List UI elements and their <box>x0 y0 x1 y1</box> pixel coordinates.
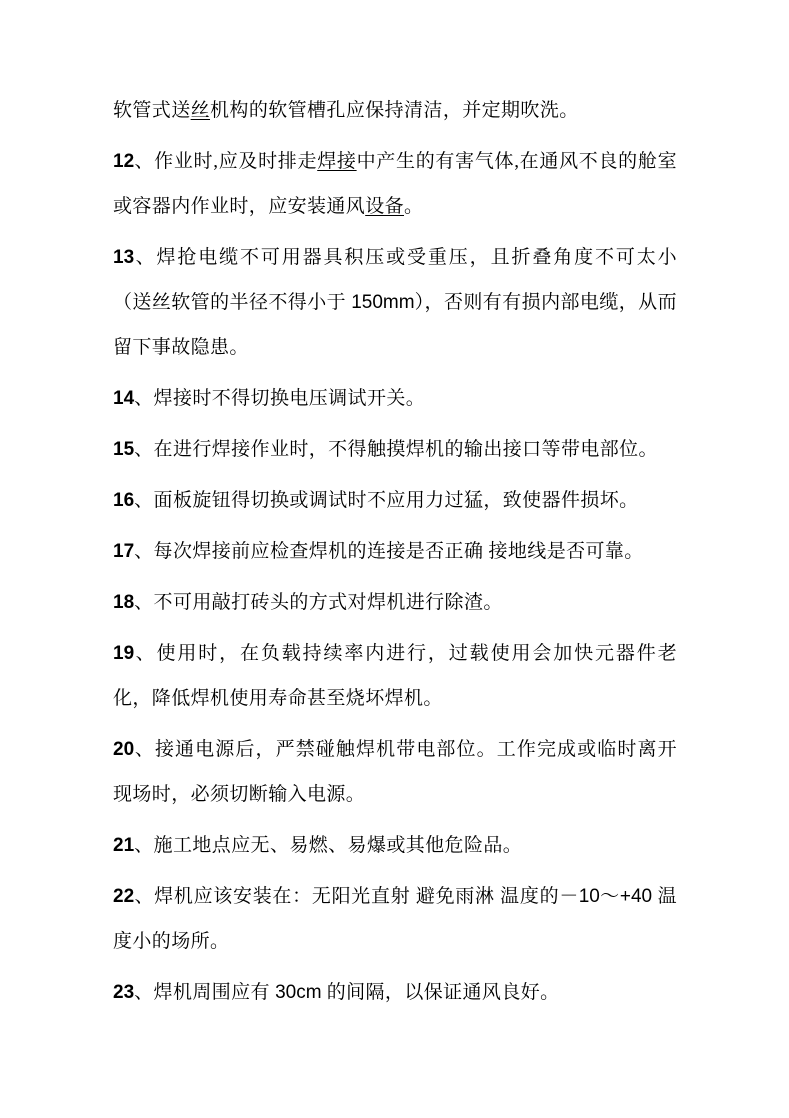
text-segment: 、焊接时不得切换电压调试开关。 <box>134 388 425 409</box>
item-number: 14 <box>113 388 134 409</box>
paragraph-item-21: 21、施工地点应无、易燃、易爆或其他危险品。 <box>113 823 677 868</box>
page: { "page": { "background_color": "#ffffff… <box>0 0 789 1118</box>
item-number: 22 <box>113 886 134 907</box>
item-number: 15 <box>113 439 134 460</box>
document-body: 软管式送丝机构的软管槽孔应保持清洁，并定期吹洗。12、作业时,应及时排走焊接中产… <box>0 0 789 1118</box>
text-segment: 。 <box>404 196 423 217</box>
text-segment: 、在进行焊接作业时，不得触摸焊机的输出接口等带电部位。 <box>134 439 658 460</box>
text-segment: 、接通电源后，严禁碰触焊机带电部位。工作完成或临时离开现场时，必须切断输入电源。 <box>113 739 677 805</box>
paragraph-item-12: 12、作业时,应及时排走焊接中产生的有害气体,在通风不良的舱室或容器内作业时，应… <box>113 139 677 229</box>
paragraph-item-13: 13、焊抢电缆不可用器具积压或受重压，且折叠角度不可太小（送丝软管的半径不得小于… <box>113 235 677 370</box>
paragraph-item-15: 15、在进行焊接作业时，不得触摸焊机的输出接口等带电部位。 <box>113 427 677 472</box>
paragraph-item-18: 18、不可用敲打砖头的方式对焊机进行除渣。 <box>113 580 677 625</box>
item-number: 12 <box>113 151 134 172</box>
item-number: 19 <box>113 643 134 664</box>
text-segment: 150mm <box>351 292 414 313</box>
item-number: 18 <box>113 592 134 613</box>
text-segment: +40 <box>620 886 652 907</box>
text-segment: 软管式送 <box>113 100 191 121</box>
item-number: 16 <box>113 490 134 511</box>
paragraph-item-17: 17、每次焊接前应检查焊机的连接是否正确 接地线是否可靠。 <box>113 529 677 574</box>
text-segment: 、施工地点应无、易燃、易爆或其他危险品。 <box>134 835 522 856</box>
paragraph-item-16: 16、面板旋钮得切换或调试时不应用力过猛，致使器件损坏。 <box>113 478 677 523</box>
text-segment: 的间隔，以保证通风良好。 <box>322 982 560 1003</box>
item-number: 20 <box>113 739 134 760</box>
text-segment: 、焊机周围应有 <box>134 982 275 1003</box>
text-segment: 、不可用敲打砖头的方式对焊机进行除渣。 <box>134 592 503 613</box>
text-segment: 机构的软管槽孔应保持清洁，并定期吹洗。 <box>210 100 579 121</box>
text-segment: 30cm <box>275 982 321 1003</box>
text-segment: 、使用时，在负载持续率内进行，过载使用会加快元器件老化，降低焊机使用寿命甚至烧坏… <box>113 643 677 709</box>
item-number: 23 <box>113 982 134 1003</box>
item-number: 17 <box>113 541 134 562</box>
text-segment: 、作业时,应及时排走 <box>134 151 317 172</box>
paragraph-item-14: 14、焊接时不得切换电压调试开关。 <box>113 376 677 421</box>
underlined-text-segment: 设备 <box>365 196 404 217</box>
item-number: 13 <box>113 247 134 268</box>
paragraph-item-20: 20、接通电源后，严禁碰触焊机带电部位。工作完成或临时离开现场时，必须切断输入电… <box>113 727 677 817</box>
paragraph-item-22: 22、焊机应该安装在：无阳光直射 避免雨淋 温度的－10～+40 温度小的场所。 <box>113 874 677 964</box>
underlined-text-segment: 焊接 <box>317 151 356 172</box>
text-segment: 、焊机应该安装在：无阳光直射 避免雨淋 温度的－ <box>134 886 579 907</box>
paragraph-continuation: 软管式送丝机构的软管槽孔应保持清洁，并定期吹洗。 <box>113 88 677 133</box>
text-segment: ～ <box>600 886 620 907</box>
paragraph-item-19: 19、使用时，在负载持续率内进行，过载使用会加快元器件老化，降低焊机使用寿命甚至… <box>113 631 677 721</box>
text-segment: 10 <box>579 886 600 907</box>
text-segment: 、每次焊接前应检查焊机的连接是否正确 接地线是否可靠。 <box>134 541 644 562</box>
underlined-text-segment: 丝 <box>191 100 210 121</box>
paragraph-item-23: 23、焊机周围应有 30cm 的间隔，以保证通风良好。 <box>113 970 677 1015</box>
item-number: 21 <box>113 835 134 856</box>
text-segment: 、面板旋钮得切换或调试时不应用力过猛，致使器件损坏。 <box>134 490 638 511</box>
